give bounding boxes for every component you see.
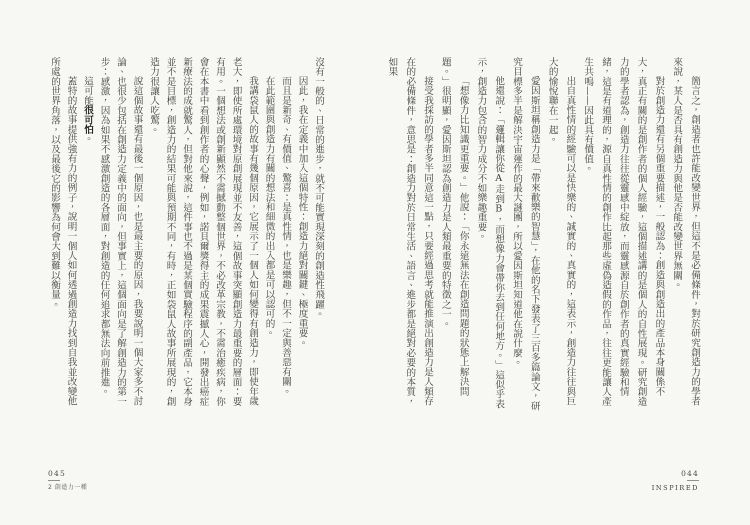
paragraph: 而且是新奇、有價值、驚喜：是真性情，也是樂趣，但不一定與善惡有關。 — [277, 57, 294, 413]
chapter-label: 2 創造力一種 — [48, 484, 87, 491]
page-number: 044 — [652, 470, 699, 478]
book-title: INSPIRED — [652, 484, 699, 492]
footer-rule — [687, 480, 699, 481]
footer-rule — [48, 480, 60, 481]
text-run: 走到 — [493, 184, 504, 203]
paragraph: 這可能很可怕。 — [79, 57, 96, 413]
paragraph: 因此，我在定義中加入這個特性：創造力絕對關鍵、極度重要。 — [293, 57, 310, 413]
text-run: 他還說：「邏輯讓你從 — [493, 76, 504, 173]
left-page-text: 沒有一般的、日常的進步，就不可能實現深刻的創造性飛躍。 因此，我在定義中加入這個… — [46, 57, 327, 413]
paragraph: 在此範圍與創造力有關的想法和細微的出入都是可以認可的。 — [260, 57, 277, 413]
paragraph: 接受我採訪的學者多半同意這一點，只要經過思考就能推演出創造力是人類存在的必備條件… — [383, 57, 436, 413]
paragraph: 愛因斯坦稱創造力是「帶來歡樂的智慧」，在他的名下發表了三百多篇論文，研究目標多半… — [507, 57, 543, 413]
bold-text: 很可怕 — [82, 105, 93, 134]
latin-letter: B — [493, 204, 504, 215]
paragraph: 蓋特的故事提供強有力的例子，說明一個人如何透過創造力找到自我並改變他所處的世界角… — [46, 57, 79, 413]
paragraph: 對於創造力還有另個重要描述，一般認為：創造與創造出的產品本身關係不大，真正有關的… — [578, 57, 667, 413]
paragraph: 出自真性情的經驗可以是快樂的、誠實的、真實的，這表示，創造力往往與巨大的愉悅聯在… — [543, 57, 579, 413]
paragraph: 簡言之，創造者也許能改變世界，但這不是必備條件，對於研究創造力的學者來說，某人是… — [667, 57, 703, 413]
right-page-footer: 044 INSPIRED — [652, 470, 699, 492]
paragraph: 沒有一般的、日常的進步，就不可能實現深刻的創造性飛躍。 — [310, 57, 327, 413]
page-number: 045 — [48, 470, 87, 478]
latin-letter: A — [493, 173, 504, 184]
paragraph: 我講袋鼠人的故事有幾個原因，它展示了一個人如何變得有創造力，即使年歲老大，即使所… — [145, 57, 261, 413]
paragraph: 「想像力比知識更重要。」他說：「你永遠無法在創造問題的狀態上解決問題。」很明顯，… — [436, 57, 472, 413]
right-page-text: 簡言之，創造者也許能改變世界，但這不是必備條件，對於研究創造力的學者來說，某人是… — [383, 57, 703, 413]
left-page-footer: 045 2 創造力一種 — [48, 470, 87, 491]
paragraph: 他還說：「邏輯讓你從A走到B，而想像力會帶你去到任何地方。」這似乎表示，創造力包… — [472, 57, 508, 413]
book-spread: 簡言之，創造者也許能改變世界，但這不是必備條件，對於研究創造力的學者來說，某人是… — [0, 0, 750, 525]
text-run: 這可能 — [82, 76, 93, 105]
paragraph: 說這個故事還有最後一個原因，也是最主要的原因，我要說明一個大家多不討論、也很少包… — [95, 57, 145, 413]
text-run: 。 — [82, 134, 93, 144]
